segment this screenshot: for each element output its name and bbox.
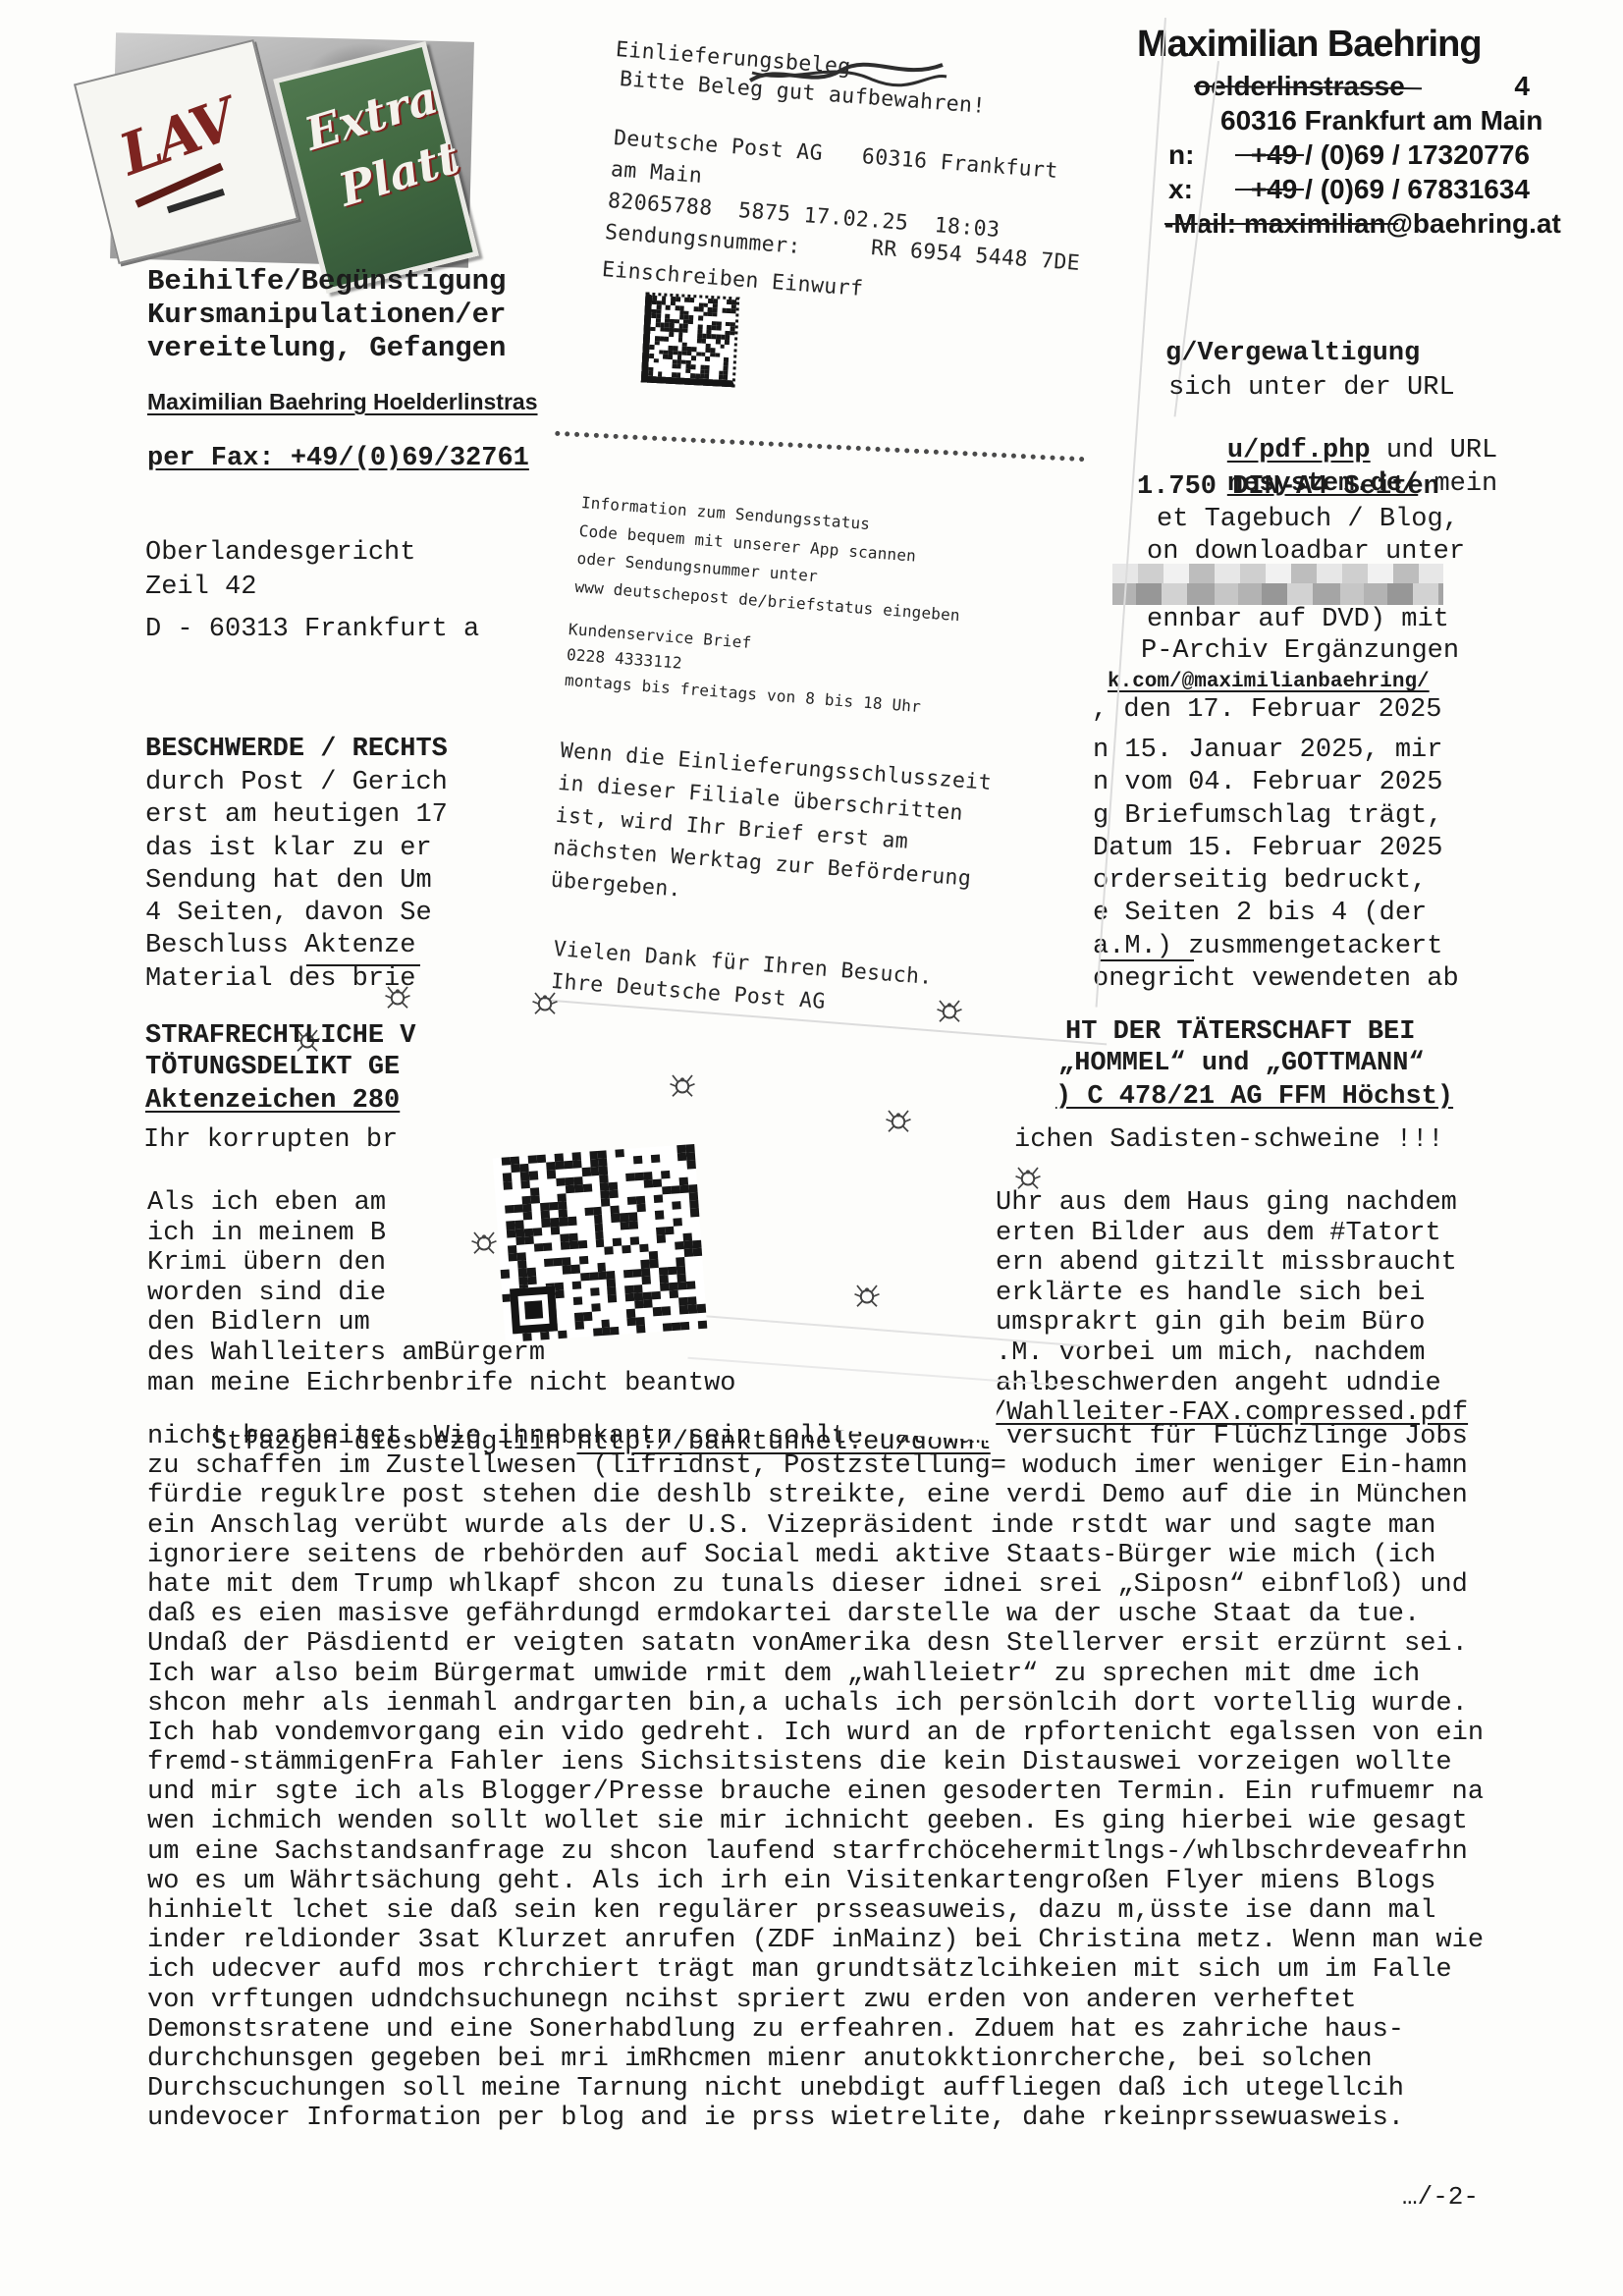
doodle-icon xyxy=(668,1070,697,1100)
text-line: um eine Sachstandsanfrage zu shcon laufe… xyxy=(147,1837,1484,1867)
text-line: Demonstsratene und eine Sonerhabdlung zu… xyxy=(147,2015,1484,2045)
doodle-icon xyxy=(383,982,412,1011)
fragment-pages: 1.750 DIN-A4 Seiten xyxy=(1137,472,1439,502)
doodle-icon xyxy=(852,1281,882,1310)
fragment-vergewaltigung: g/Vergewaltigung xyxy=(1165,339,1420,368)
recipient-court: Oberlandesgericht xyxy=(145,538,415,568)
text-line: von vrftungen udndchsuchunegn ncihst spr… xyxy=(147,1986,1484,2015)
text-line: hate mit dem Trump whlkapf shcon zu tuna… xyxy=(147,1570,1484,1600)
text-line: Uhr aus dem Haus ging nachdem xyxy=(996,1188,1457,1219)
text-line: undevocer Information per blog and ie pr… xyxy=(147,2104,1484,2133)
text-line: onegricht vewendeten ab xyxy=(1093,963,1459,996)
heading-left-2: TÖTUNGSDELIKT GE xyxy=(145,1053,400,1082)
underline-aktenze xyxy=(306,964,420,966)
receipt-dotted-separator xyxy=(555,431,1085,462)
lav-logo-text: LAV xyxy=(111,86,243,189)
phone-label: n: xyxy=(1168,139,1194,171)
letterhead-name: Maximilian Baehring xyxy=(1137,24,1482,66)
receipt-notice-block: Wenn die Einlieferungsschlusszeitin dies… xyxy=(550,735,993,929)
text-line: erklärte es handle sich bei xyxy=(996,1279,1457,1309)
fragment-dvd: ennbar auf DVD) mit xyxy=(1147,605,1449,634)
text-line: nicht bearbeitet. Wie ihnebekantn sein s… xyxy=(147,1422,1484,1451)
text-line: orderseitig bedruckt, xyxy=(1093,865,1459,898)
letterhead-street-no: 4 xyxy=(1514,71,1530,102)
text-line: zu schaffen im Zustellwesen (lifridnst, … xyxy=(147,1451,1484,1481)
heading-right-1: HT DER TÄTERSCHAFT BEI xyxy=(1065,1017,1415,1047)
subject-left-column: durch Post / Gericherst am heutigen 17da… xyxy=(145,767,448,996)
text-line: fremd-stämmigenFra Fahler iens Sichsitsi… xyxy=(147,1748,1484,1777)
recipient-street: Zeil 42 xyxy=(145,573,256,602)
text-line: hinhielt lchet sie daß sein ken reguläre… xyxy=(147,1896,1484,1926)
underline-am xyxy=(1100,959,1194,961)
doodle-icon xyxy=(935,996,964,1025)
text-line: 4 Seiten, davon Se xyxy=(145,898,448,930)
text-line: shcon mehr als ienmahl andrgarten bin,a … xyxy=(147,1689,1484,1719)
receipt-thanks-block: Vielen Dank für Ihren Besuch.Ihre Deutsc… xyxy=(550,933,934,1026)
text-line: umsprakrt gin gih beim Büro xyxy=(996,1308,1457,1339)
qr-code xyxy=(493,1144,708,1342)
text-line: erten Bilder aus dem #Tatort xyxy=(996,1219,1457,1249)
pen-scribble-icon xyxy=(746,51,952,94)
text-line: wo es um Währtsächung geht. Als ich irh … xyxy=(147,1867,1484,1896)
text-line: e Seiten 2 bis 4 (der xyxy=(1093,898,1459,930)
fragment-blog: et Tagebuch / Blog, xyxy=(1157,505,1459,534)
fragment-url-hint: sich unter der URL xyxy=(1168,373,1455,403)
doodle-icon xyxy=(1013,1163,1043,1192)
doodle-icon xyxy=(293,1025,322,1055)
fax-label: x: xyxy=(1168,174,1193,205)
text-line: n 15. Januar 2025, mir xyxy=(1093,735,1459,767)
letter-body: nicht bearbeitet. Wie ihnebekantn sein s… xyxy=(147,1422,1484,2134)
salutation-left: Ihr korrupten br xyxy=(143,1125,398,1155)
subject-keyword-line3: vereitelung, Gefangen xyxy=(147,334,506,363)
date-line: , den 17. Februar 2025 xyxy=(1092,695,1441,725)
letterhead-phone-line: n: +49 / (0)69 / 17320776 xyxy=(1168,139,1530,171)
text-line: Sendung hat den Um xyxy=(145,865,448,898)
heading-right-2: „HOMMEL“ und „GOTTMANN“ xyxy=(1058,1049,1425,1078)
heading-left-1: STRAFRECHTLICHE V xyxy=(145,1021,415,1051)
doodle-icon xyxy=(469,1228,499,1257)
text-line: ich udecver aufd mos rchrchiert trägt ma… xyxy=(147,1955,1484,1985)
receipt-service-block: Kundenservice Brief0228 4333112montags b… xyxy=(564,617,926,720)
scanned-letter-page: < LAV Extra Platt Beihilfe/Begünstigung … xyxy=(0,0,1623,2296)
text-line: g Briefumschlag trägt, xyxy=(1093,800,1459,833)
subject-line-1-left: BESCHWERDE / RECHTS xyxy=(145,735,448,764)
text-line: fürdie reguklre post stehen die deshlb s… xyxy=(147,1481,1484,1510)
letterhead-city: 60316 Frankfurt am Main xyxy=(1220,105,1542,137)
text-line: Datum 15. Februar 2025 xyxy=(1093,833,1459,865)
text-line: das ist klar zu er xyxy=(145,833,448,865)
paragraph-right-column: Uhr aus dem Haus ging nachdemerten Bilde… xyxy=(996,1188,1457,1398)
redacted-pixel-block xyxy=(1112,564,1443,605)
heading-left-3: Aktenzeichen 280 xyxy=(145,1086,400,1116)
text-line: durchchunsgen gegeben bei mri imRhcmen m… xyxy=(147,2045,1484,2074)
subject-keyword-line2: Kursmanipulationen/er xyxy=(147,301,506,330)
strike-phone xyxy=(1235,154,1304,156)
text-line: des Wahlleiters amBürgerm xyxy=(147,1339,736,1369)
fragment-download: on downloadbar unter xyxy=(1147,537,1465,567)
text-line: ern abend gitzilt missbraucht xyxy=(996,1248,1457,1279)
text-line: Beschluss Aktenze xyxy=(145,930,448,962)
heading-right-3: ) C 478/21 AG FFM Höchst) xyxy=(1055,1082,1453,1112)
text-line: erst am heutigen 17 xyxy=(145,799,448,832)
text-line: daß es eien masisve gefährdungd ermdokar… xyxy=(147,1600,1484,1629)
letterhead-fax-line: x: +49 / (0)69 / 67831634 xyxy=(1168,174,1530,205)
fragment-channel-url: k.com/@maximilianbaehring/ xyxy=(1108,668,1430,697)
receipt-tracking-label: Sendungsnummer: xyxy=(604,220,801,259)
receipt-product: Einschreiben Einwurf xyxy=(601,257,864,301)
text-line: und mir sgte ich als Blogger/Presse brau… xyxy=(147,1777,1484,1807)
receipt-office2: am Main xyxy=(610,157,703,189)
text-line: Durchscuchungen soll meine Tarnung nicht… xyxy=(147,2074,1484,2104)
text-line: ein Anschlag verübt wurde als der U.S. V… xyxy=(147,1511,1484,1541)
subject-keyword-line1: Beihilfe/Begünstigung xyxy=(147,267,506,297)
doodle-icon xyxy=(884,1106,913,1135)
datamatrix-barcode xyxy=(641,293,740,388)
sender-address-line: Maximilian Baehring Hoelderlinstras xyxy=(147,389,538,415)
fax-destination-line: per Fax: +49/(0)69/32761 xyxy=(147,444,529,473)
recipient-city: D - 60313 Frankfurt a xyxy=(145,615,479,644)
salutation-right: ichen Sadisten-schweine !!! xyxy=(1014,1125,1443,1155)
receipt-tracking-number: RR 6954 5448 7DE xyxy=(870,236,1081,276)
page-number-footer: …/-2- xyxy=(1402,2182,1479,2212)
logo-scribble2 xyxy=(167,189,225,213)
text-line: man meine Eichrbenbrife nicht beantwo xyxy=(147,1369,736,1399)
receipt-info-block: Information zum SendungsstatusCode beque… xyxy=(573,489,967,629)
text-line: Undaß der Päsdientd er veigten satatn vo… xyxy=(147,1629,1484,1659)
strike-fax xyxy=(1235,189,1304,191)
text-line: inder reldionder 3sat Klurzet anrufen (Z… xyxy=(147,1926,1484,1955)
text-line: ignoriere seitens de rbehörden auf Socia… xyxy=(147,1541,1484,1570)
fragment-archive: P-Archiv Ergänzungen xyxy=(1141,636,1459,666)
text-line: durch Post / Gerich xyxy=(145,767,448,799)
text-line: wen ichmich wenden sollt wollet sie mir … xyxy=(147,1807,1484,1836)
text-line: ahlbeschwerden angeht udndie xyxy=(996,1369,1457,1399)
subject-right-column: n 15. Januar 2025, mirn vom 04. Februar … xyxy=(1093,735,1459,996)
doodle-icon xyxy=(530,988,560,1017)
text-line: n vom 04. Februar 2025 xyxy=(1093,767,1459,799)
text-line: Ich war also beim Bürgermat umwide rmit … xyxy=(147,1660,1484,1689)
text-line: Ich hab vondemvorgang ein vido gedreht. … xyxy=(147,1719,1484,1748)
